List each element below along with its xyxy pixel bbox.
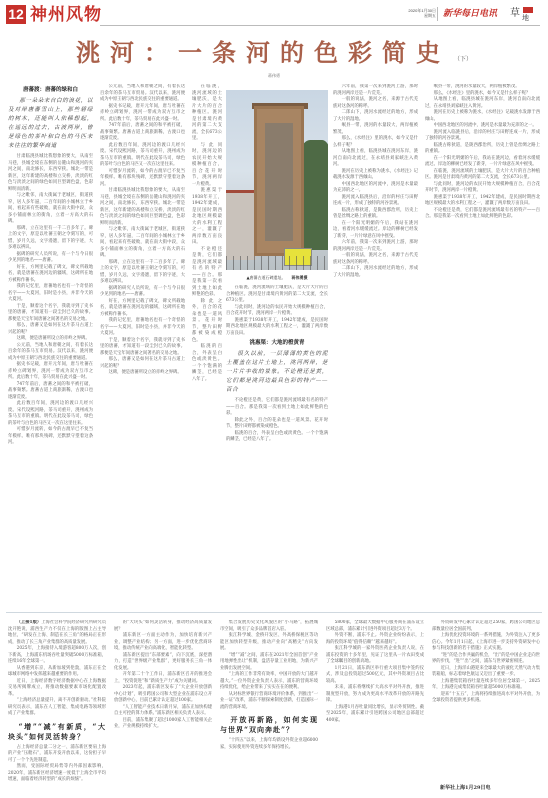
paragraph: 据碑的研究人员所说，有一个与今日很少见到的地名——唐蕃。 (100, 286, 185, 299)
paragraph: 除此之外，百合的花朵也是一道风景。花开时节，整片田野都被染成橙色。 (226, 418, 328, 431)
paragraph: 此后数百年间，洮河边的渡口几经兴废。宋代设熙河路，茶马司重开，洮州成为茶马互市的… (8, 401, 93, 427)
paragraph: 临洮的百合，外表呈白色或淡黄色。一个个饱满的鳞茎，已经是八年了。 (226, 431, 328, 444)
paragraph: 未来，浦东将继续扩大高水平对外开放，推进制度型开放，努力成为更高水平改革开放的开… (326, 685, 424, 705)
article2-section-heading-1: “增”“减”有新质，“大块头”如何灵活转身？ (8, 722, 106, 742)
paragraph: 公元前，当地人和唐朝之间，有着长达百余年的茶马互市贸易。汉代以来，洮河便成为中原… (8, 343, 93, 363)
paragraph: 洮河在历史上被称为洮水，《水经注》记载洮水发源于西倾山。 (333, 169, 418, 182)
paragraph: 在一个阳光明媚的午后，我站在洮河边，看着河水缓缓流过。岸边的柳树已经发了新芽，一… (333, 221, 418, 241)
paragraph: 我的记忆里，唐蕃地名也有一个奇怪的名字——大夏河，旧时是小县，并非今天的大夏河。 (8, 284, 93, 304)
newspaper-brand: 新华每日电讯 (443, 8, 497, 20)
article2-column-5: 外资研发中心累计认定超过250家，跨国公司地区总部数量位居全国前列。 上海优化投… (432, 620, 540, 782)
paragraph: 上海优化投资环境的一系列措施，为外资注入了更多信心。今年1月1日起，《上海市进一… (432, 633, 540, 653)
supplement-logo-icon: 草 地 (510, 4, 542, 24)
article2-column-4: 5800家，全球最大数据中心服务商在浦东设立区域总部，浦东累计引进外资项目超过3… (326, 620, 424, 792)
article-column-3: 在临洮，洮河流域的土壤肥沃，是大片大片的百合种植区。洮河是甘肃境内黄河的第二大支… (226, 285, 328, 605)
paragraph: 外资研发中心累计认定超过250家，跨国公司地区总部数量位居全国前列。 (432, 620, 540, 633)
paragraph: 与之毗邻，南大街属于老城区，街道狭窄，居人多年逼，二百年间的小城林立于乡间，看起… (100, 227, 185, 260)
paragraph: “进”的是合作共赢的机会，“出”的是中国企业走向世界的步伐，“进”“出”之间，浦… (432, 653, 540, 666)
paragraph: 除此之外，百合的花朵也是一道风景。花开时节，整片田野都被染成橙色。 (192, 299, 222, 345)
article-divider (6, 612, 542, 613)
paragraph: 不论橙还是黄，它们都是洮河流域最有名的特产——百合。那是我第一次看到土地上如此鲜… (226, 398, 328, 418)
paragraph: 可惜岁月流转，如今的古渡早已不复当年模样。唯有那块残碑，还默默守望着这条河。 (100, 169, 185, 189)
masthead: 12 神州风物 2020年1月30日 星期五 新华每日电讯 草 地 (0, 0, 548, 30)
paragraph: 在临洮，洮河流域的土壤肥沃，是大片大片的百合种植区。洮河是甘肃境内黄河的第二大支… (192, 84, 222, 143)
paragraph: 747年前后，唐蕃之间的和平被打破，战事频繁。唐蕃古道上商旅渐稀，古渡口也逐渐荒… (100, 123, 185, 143)
paragraph: 那碑，立在这里有一千二百多年了。碑上的文字，原是以吐蕃王朝之令刻写的，可惜，岁月… (100, 260, 185, 286)
paragraph: “上海的工作非常有效率，中国开放的大门越开越大。”一位外资企业负责人表示，浦东的… (220, 672, 318, 692)
paragraph: 六年前，我第一次来到洮河上游，那时的洮河两岸还是一片荒芜。 (333, 84, 418, 97)
paragraph: 那碑，立在这里有一千二百多年了。碑上的文字，原是以吐蕃王朝之令刻写的，可惜，岁月… (8, 226, 93, 252)
logo-char: 草 (510, 4, 520, 19)
paragraph: 我的记忆里，唐蕃地名也有一个奇怪的名字——大夏河，旧时是小县，并非今天的大夏河。 (100, 318, 185, 338)
paragraph: 洮河流入临洮县后，沿岸的村庄与田野连成一片，形成了独特的河谷景观。 (425, 130, 540, 143)
paragraph: 甘肃临洮县城比我想象的要大，从南至马巷，县城全境在东侧的岳麓山和洮河的夹河之间，… (8, 154, 93, 193)
paragraph: 集合发展历史文化风貌区的“小马路”，拓展城市空间，吸引了众多品牌首店入驻。 (220, 620, 318, 633)
paragraph: “十四五”以来，上海年均新设外资企业超6000家，实际使用外资连续多年保持增长。 (220, 738, 318, 751)
paragraph: 从香港到东京，从新加坡到伦敦，浦东正在全球城市网络中发挥越来越重要的作用。 (8, 666, 106, 679)
section-name: 神州风物 (30, 4, 102, 26)
paragraph: “人工智能产业技术日新月异，浦东正加快构建自主可控的算力体系。”浦东新区相关负责… (114, 705, 212, 718)
paragraph: 在一个阳光明媚的午后，我站在洮河边，看着河水缓缓流过。岸边的柳树已经发了新芽，一… (425, 156, 540, 169)
paragraph: 目前，浦东集聚了超过1000家人工智能相关企业，产业规模持续扩大。 (114, 718, 212, 731)
paragraph: 好在，方网里记载了碑文，碑文所载地名，就是唐蕃在洮河边的疆域，这碑所在地方被称作… (100, 299, 185, 319)
article-column-4: 六年前，我第一次来到洮河上游，那时的洮河两岸还是一片荒芜。 一般的说法，洮河之名… (333, 84, 418, 604)
paragraph: 的“大块头”如何灵活转身，推动经济高质量发展？ (114, 620, 212, 633)
paragraph: 不论橙还是黄，它们都是洮河流域最有名的特产——百合。那是我第一次看到土地上如此鲜… (192, 247, 222, 299)
paragraph: 张江科学城、金桥开发区、外高桥保税区等功能区加快转型升级，推动产业向“高精尖”方… (220, 633, 318, 653)
paragraph: 一般的说法，洮河之名，来源于古代羌族对这条河的称呼。 (333, 253, 418, 266)
paragraph: 外资不断，浦东不止。外资企业纷纷表示，上海的投资环境“值得信赖”“越来越好”。 (326, 633, 424, 646)
paragraph: 迎来“十五五”，上海将持续推进高水平对外开放，为全球投资者提供更多机遇。 (432, 692, 540, 705)
byline: 蒋伟勇 (0, 73, 548, 79)
masthead-rule (100, 25, 540, 26)
paragraph: 于是，顺着这个名字，我就寻到了史书里的唐蕃，才知道有一段尘封已久的故事。那便是天… (8, 304, 93, 324)
paragraph: 临洮古称狄道，是陇西郡治所，历史上曾是丝绸之路上的重镇。 (425, 143, 540, 156)
headline-part-suffix: （下） (454, 56, 472, 63)
paragraph: 2023年起，浦东新区发布了“大企业开放创新中心计划”，吸引跨国公司和大型企业在… (114, 685, 212, 705)
paragraph: 2025年，上海接待入境游客超800万人次，创下新高，上海浦东机场吞吐量突破50… (8, 646, 106, 666)
paragraph: 那么，唐蕃又是如何在这片茶马古道上兴起的呢？ (8, 323, 93, 336)
photo-stele-relief (265, 123, 293, 241)
paragraph: 六年前，我第一次来到洮河上游，那时的洮河两岸还是一片荒芜。 (333, 240, 418, 253)
article2-column-2: 的“大块头”如何灵活转身，推动经济高质量发展？ 浦东新区一方面主动作为，加快培育… (114, 620, 212, 792)
paragraph: 那么，唐蕃又是如何在这片茶马古道上兴起的呢？ (100, 357, 185, 370)
section-heading: 洮惠渠：大地的橙黄青 (226, 339, 328, 347)
paragraph: 据史书记载，唐开元年间，唐与吐蕃在赤岭立碑划界，洮河一带成为双方互市之所。此后数… (8, 362, 93, 382)
paragraph: 近日，上海洋山港迎来全球最大的液化天然气动力集装箱船，标志着绿色航运又迈出了重要… (432, 666, 540, 679)
article2-column-1: （上接1版）上海社会科学院经济研究所研究员沈开艳说，浦西生产力不仅在上海的版图上… (8, 620, 106, 792)
paragraph: 浦东新区提出“东部要素”，向下沉底，深挖潜力，打造“世界级产业集群”，更好服务长… (114, 653, 212, 673)
paragraph: 岷县一带，洮河的水量较大，两岸植被繁茂。 (333, 123, 418, 136)
headline-text: 洮河：一条河的色彩简史 (76, 38, 450, 67)
paragraph: “增”“减”之间，浦东在2021年全国首创“产业用地弹性出让”机制，盘活存量工业… (220, 653, 318, 673)
paragraph: 好在，方网里记载了碑文，碑文所载地名，就是唐蕃在洮河边的疆域，这碑所在地方被称作… (8, 265, 93, 285)
paragraph: 近日，上海经济数字经济数据中心在上海数据交易所揭牌成立，将推动数据要素市场化配置… (8, 679, 106, 699)
paragraph: 洮惠渠于1938年开工，1942年建成，是民国时期西北地区规模最大的水利工程之一… (192, 188, 222, 247)
paragraph: 与此同时，洮河边的农民开始大规模种植百合，百合花开时节，洮河两岸一片橙黄。 (425, 182, 540, 195)
photo-building (226, 190, 256, 260)
paragraph: 此后数百年间，洮河边的渡口几经兴废。宋代设熙河路，茶马司重开，洮州成为茶马互市的… (100, 143, 185, 169)
paragraph: 浦东新区一方面主动作为，加快培育新兴产业，调整产业结构；另一方面，进一步优化营商… (114, 633, 212, 653)
photo-caption: ▲唐蕃古道石碑遗址。蒋伟勇摄 (226, 275, 328, 281)
paragraph: 从地图上看，临洮县城在洮河东岸，洮河自南向北流过，在永靖县刘家峡注入黄河。 (425, 97, 540, 110)
article-column-2b: 在临洮，洮河流域的土壤肥沃，是大片大片的百合种植区。洮河是甘肃境内黄河的第二大支… (192, 84, 222, 604)
paragraph: 张江科学城的一家外资医药企业负责人说，在浦东投资的十多年里，见证了这里从一片农田… (326, 646, 424, 666)
paragraph: 那么，《水经注》里的洮水，如今又是什么样子呢？ (333, 136, 418, 149)
paragraph: 洮河在历史上被称为洮水，《水经注》记载洮水发源于西倾山。 (425, 110, 540, 123)
article2-column-3: 集合发展历史文化风貌区的“小马路”，拓展城市空间，吸引了众多品牌首店入驻。 张江… (220, 620, 318, 792)
paragraph: 临洮古称狄道，是陇西郡治所，历史上曾是丝绸之路上的重镇。 (333, 208, 418, 221)
paragraph: 甘肃临洮县城比我想象的要大，从南至马巷，县城全境在东侧的岳麓山和洮河的夹河之间，… (100, 188, 185, 227)
stele-photo (226, 90, 328, 270)
article-column-2: 公元前，当地人和唐朝之间，有着长达百余年的茶马互市贸易。汉代以来，洮河便成为中原… (100, 84, 185, 604)
paragraph: 747年前后，唐蕃之间的和平被打破，战事频繁。唐蕃古道上商旅渐稀，古渡口也逐渐荒… (8, 382, 93, 402)
paragraph: 与之毗邻，南大街属于老城区，街道狭窄，居人多年逼，二百年间的小城林立于乡间，看起… (8, 193, 93, 226)
article-headline: 洮河：一条河的色彩简史（下） (0, 38, 548, 75)
article2-dateline: 新华社上海1月29日电 (440, 784, 490, 791)
photo-fence (226, 256, 328, 270)
paragraph: 上海港集装箱吞吐量连续多年位居全球第一，2025年，上海港完成集装箱吞吐量超50… (432, 679, 540, 692)
issue-weekday: 星期五 (388, 13, 436, 18)
paragraph: 中国西北地区的河流中，洮河是水量最为充沛的之一。 (425, 123, 540, 130)
issue-date: 2020年1月30日 星期五 (388, 8, 436, 18)
section-heading: 唐蕃渡：唐蕃的绿和白 (8, 86, 93, 94)
paragraph: 在临洮，洮河流域的土壤肥沃，是大片大片的百合种植区。洮河是甘肃境内黄河的第二大支… (425, 169, 540, 182)
masthead-separator (437, 7, 438, 21)
article2-section-heading-2: 开放再新路，如何实现与世界“双向奔赴”？ (220, 715, 318, 735)
paragraph: 公元前，当地人和唐朝之间，有着长达百余年的茶马互市贸易。汉代以来，洮河便成为中原… (100, 84, 185, 104)
paragraph: 据史书记载，唐开元年间，唐与吐蕃在赤岭立碑划界，洮河一带成为双方互市之所。此后数… (100, 104, 185, 124)
paragraph: 开年第二十个工作日，浦东新区召开的推进会上，“投资促进”和“新质生产力”成为关键… (114, 672, 212, 685)
paragraph: 据碑的研究人员所说，有一个与今日很少见到的地名——唐蕃。 (8, 252, 93, 265)
paragraph: 这碑，便是唐蕃所设立的赤岭之界碑。 (100, 370, 185, 377)
paragraph: 1月21日，浦东新区举行重大项目集中签约仪式，涉及总投资超过500亿元，其中外资… (326, 666, 424, 686)
page-number: 12 (6, 5, 26, 24)
paragraph: 临洮的百合，外表呈白色或淡黄色。一个个饱满的鳞茎，已经是八年了。 (192, 344, 222, 383)
paragraph: 占上海经济总量二分之一、浦东新区要肩上海的产业“压舱石”，浦东开发开放以来，这份… (8, 745, 106, 765)
paragraph: 5800家，全球最大数据中心服务商在浦东设立区域总部，浦东累计引进外资项目超过3… (326, 620, 424, 633)
paragraph: 然而，受国际经贸局势等内外部因素影响，2020年，浦东新区经济增速一度低于上海全… (8, 764, 106, 784)
paragraph: 从对标世界银行营商环境评价体系，到推出“一业一证”改革，浦东不断探索制度创新，打… (220, 692, 318, 712)
article-column-5: 岷县一带，洮河的水量较大，两岸植被繁茂。 那么，《水经注》里的洮水，如今又是什么… (425, 84, 540, 604)
paragraph: （上接1版）上海社会科学院经济研究所研究员沈开艳说，浦西生产力不仅在上海的版图上… (8, 620, 106, 646)
paragraph: 二郎山下，洮河水流经过的地方，形成了大片的湿地。 (333, 266, 418, 279)
photo-credit: 蒋伟勇摄 (292, 275, 308, 280)
paragraph: 与此同时，洮河边的农民开始大规模种植百合，百合花开时节，洮河两岸一片橙黄。 (192, 143, 222, 189)
section-lede: 那一朵朵来自白的浪花，以及对岸唐蕃雪山上，那些碧绿的树木，还能叫人依稀想起，在遥… (8, 97, 93, 151)
paragraph: 可惜岁月流转，如今的古渡早已不复当年模样。唯有那块残碑，还默默守望着这条河。 (8, 427, 93, 447)
continued-from-tag: （上接1版） (17, 620, 42, 625)
section-lede: 很久以前，一层薄薄的黄色的泥土覆盖在这片土地上，洮河两岸，是一片片丰收的景象。不… (226, 350, 328, 395)
paragraph: 洮河流入临洮县后，沿岸的村庄与田野连成一片，形成了独特的河谷景观。 (333, 195, 418, 208)
paragraph: 在临洮，洮河流域的土壤肥沃，是大片大片的百合种植区。洮河是甘肃境内黄河的第二大支… (226, 285, 328, 305)
article-column-1: 唐蕃渡：唐蕃的绿和白 那一朵朵来自白的浪花，以及对岸唐蕃雪山上，那些碧绿的树木，… (8, 84, 93, 604)
paragraph: 一般的说法，洮河之名，来源于古代羌族对这条河的称呼。 (333, 97, 418, 110)
paragraph: 于是，顺着这个名字，我就寻到了史书里的唐蕃，才知道有一段尘封已久的故事。那便是天… (100, 338, 185, 358)
paragraph: 从地图上看，临洮县城在洮河东岸，洮河自南向北流过，在永靖县刘家峡注入黄河。 (333, 149, 418, 169)
paragraph: 洮惠渠于1938年开工，1942年建成，是民国时期西北地区规模最大的水利工程之一… (425, 195, 540, 208)
paragraph: 二郎山下，洮河水流经过的地方，形成了大片的湿地。 (333, 110, 418, 123)
paragraph: 不论橙还是黄，它们都是洮河流域最有名的特产——百合。那是我第一次看到土地上如此鲜… (425, 208, 540, 221)
photo-stele (254, 106, 304, 256)
paragraph: “上海经济总量提升，离不开创新驱动。”社科院研究员表示，浦东在人工智能、集成电路… (8, 698, 106, 718)
logo-char-2: 地 (522, 13, 529, 23)
paragraph: 洮惠渠于1938年开工，1942年建成，是民国时期西北地区规模最大的水利工程之一… (226, 318, 328, 338)
paragraph: 与此同时，洮河边的农民开始大规模种植百合，百合花开时节，洮河两岸一片橙黄。 (226, 305, 328, 318)
paragraph: 上海港1月吞吐量同比增长，显示外贸韧性。截至2025年，浦东累计引进跨国公司地区… (326, 705, 424, 725)
paragraph: 中国西北地区的河流中，洮河是水量最为充沛的之一。 (333, 182, 418, 195)
caption-text: ▲唐蕃古道石碑遗址。 (246, 275, 285, 280)
paragraph: 这碑，便是唐蕃所设立的赤岭之界碑。 (8, 336, 93, 343)
